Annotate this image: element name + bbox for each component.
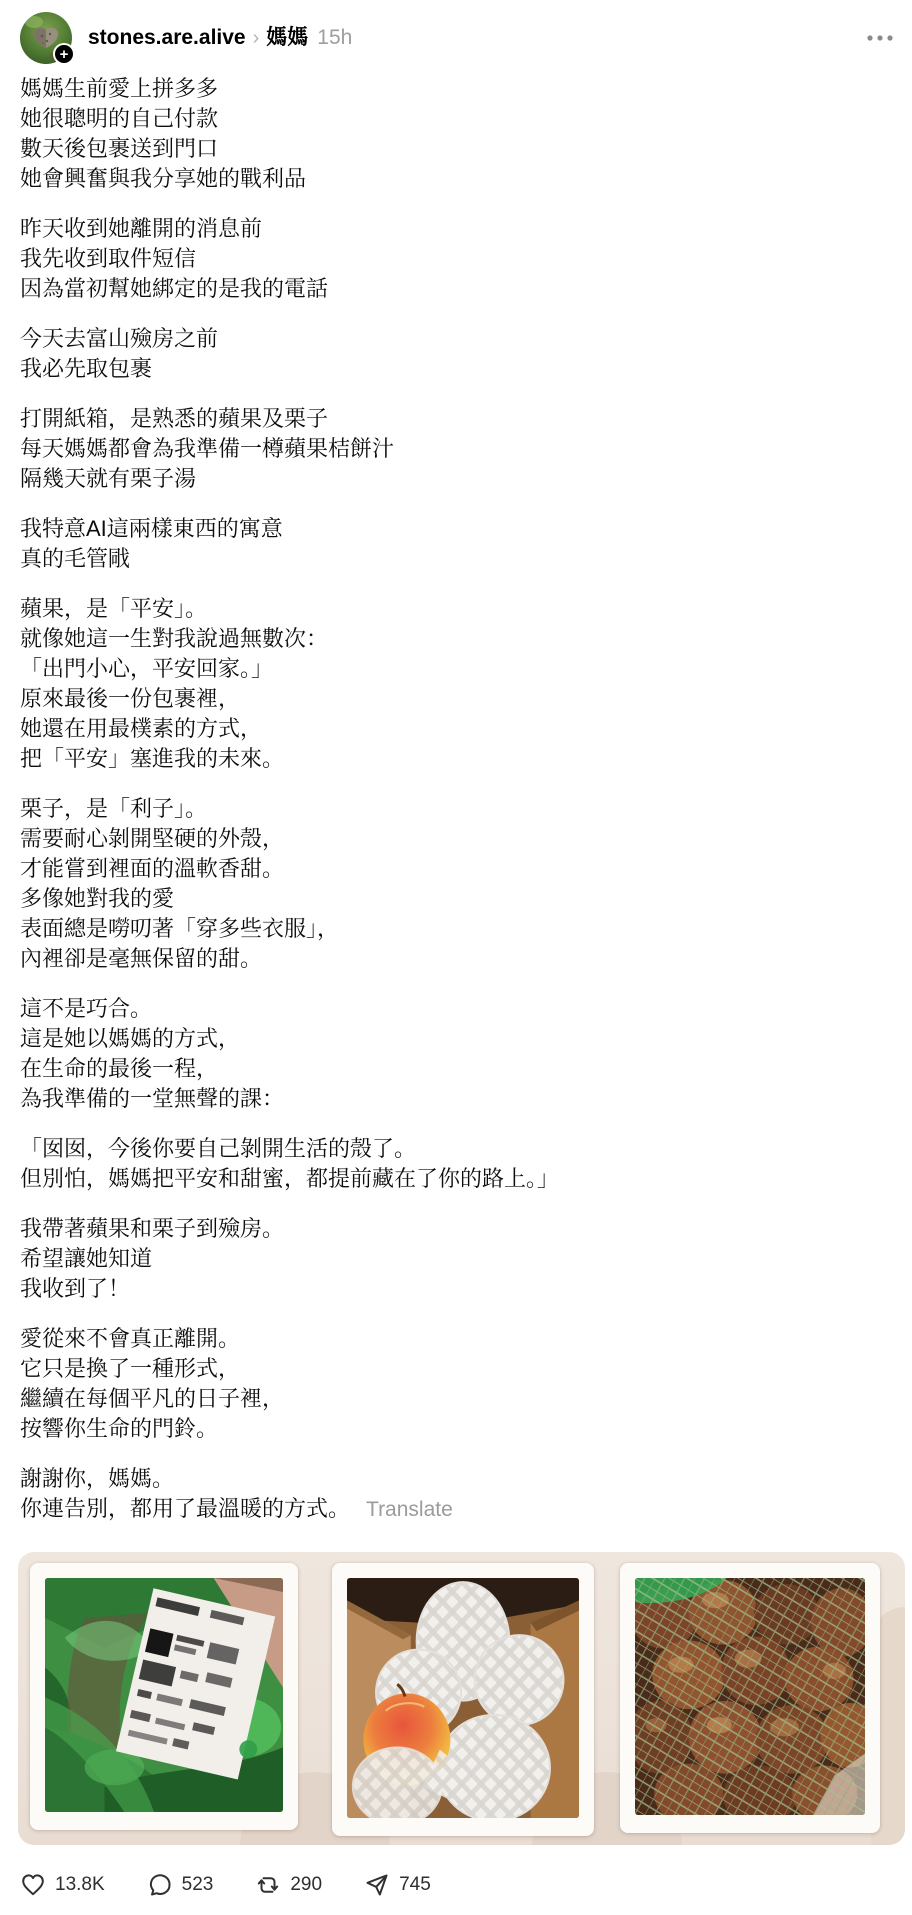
chevron-right-icon: ›	[246, 27, 267, 49]
post-line: 她很聰明的自己付款	[20, 104, 890, 134]
repost-count: 290	[290, 1874, 322, 1896]
post-line: 表面總是嘮叨著「穿多些衣服」，	[20, 914, 890, 944]
post-line: 需要耐心剝開堅硬的外殼，	[20, 824, 890, 854]
photo-card-2[interactable]	[332, 1563, 594, 1836]
post-paragraph: 媽媽生前愛上拼多多她很聰明的自己付款數天後包裹送到門口她會興奮與我分享她的戰利品	[20, 74, 890, 194]
post-line: 蘋果，是「平安」。	[20, 594, 890, 624]
photo-box-of-fruit[interactable]	[347, 1578, 579, 1818]
post-line: 我先收到取件短信	[20, 244, 890, 274]
post-line: 在生命的最後一程，	[20, 1054, 890, 1084]
follow-plus-badge[interactable]: +	[53, 43, 75, 65]
post-paragraph: 我帶著蘋果和栗子到殮房。希望讓她知道我收到了！	[20, 1214, 890, 1304]
post-text: 媽媽生前愛上拼多多她很聰明的自己付款數天後包裹送到門口她會興奮與我分享她的戰利品…	[20, 74, 890, 1545]
comment-count: 523	[182, 1874, 214, 1896]
photo-chestnuts[interactable]	[635, 1578, 865, 1815]
post-line: 就像她這一生對我說過無數次：	[20, 624, 890, 654]
post-line: 這不是巧合。	[20, 994, 890, 1024]
photo-green-package[interactable]	[45, 1578, 283, 1812]
post-paragraph: 蘋果，是「平安」。就像她這一生對我說過無數次：「出門小心，平安回家。」原來最後一…	[20, 594, 890, 774]
post-line: 謝謝你，媽媽。	[20, 1464, 890, 1494]
green-mesh-wrapped-package-with-shipping-label	[45, 1578, 283, 1812]
post-line: 它只是換了一種形式，	[20, 1354, 890, 1384]
post-line: 媽媽生前愛上拼多多	[20, 74, 890, 104]
like-count: 13.8K	[55, 1874, 105, 1896]
post-paragraph: 謝謝你，媽媽。你連告別，都用了最溫暖的方式。Translate	[20, 1464, 890, 1525]
post-line: 她還在用最樸素的方式，	[20, 714, 890, 744]
share-count: 745	[399, 1874, 431, 1896]
post-line: 繼續在每個平凡的日子裡，	[20, 1384, 890, 1414]
username[interactable]: stones.are.alive	[88, 26, 246, 49]
engagement-bar: 13.8K 523 290 745	[20, 1872, 431, 1898]
three-dots-icon	[866, 34, 894, 42]
post-line: 真的毛管戙	[20, 544, 890, 574]
post-line: 今天去富山殮房之前	[20, 324, 890, 354]
post-line: 「囡囡，今後你要自己剝開生活的殼了。	[20, 1134, 890, 1164]
post-line: 她會興奮與我分享她的戰利品	[20, 164, 890, 194]
post-line: 多像她對我的愛	[20, 884, 890, 914]
heart-icon	[20, 1872, 46, 1898]
post-paragraph: 今天去富山殮房之前我必先取包裹	[20, 324, 890, 384]
post-paragraph: 這不是巧合。這是她以媽媽的方式，在生命的最後一程，為我準備的一堂無聲的課：	[20, 994, 890, 1114]
post-header: + stones.are.alive›媽媽15h	[20, 10, 894, 68]
post-line: 我帶著蘋果和栗子到殮房。	[20, 1214, 890, 1244]
chestnuts-in-green-net-bag	[635, 1578, 865, 1815]
share-button[interactable]: 745	[364, 1872, 431, 1898]
translate-link[interactable]: Translate	[366, 1498, 453, 1521]
avatar[interactable]: +	[20, 12, 72, 64]
post-line: 才能嘗到裡面的溫軟香甜。	[20, 854, 890, 884]
more-options-button[interactable]	[864, 28, 894, 48]
comment-button[interactable]: 523	[147, 1872, 214, 1898]
topic-tag[interactable]: 媽媽	[266, 26, 308, 49]
post-paragraph: 愛從來不會真正離開。它只是換了一種形式，繼續在每個平凡的日子裡，按響你生命的門鈴…	[20, 1324, 890, 1444]
post-line: 我收到了！	[20, 1274, 890, 1304]
post-line: 希望讓她知道	[20, 1244, 890, 1274]
post-line: 昨天收到她離開的消息前	[20, 214, 890, 244]
post-line: 打開紙箱，是熟悉的蘋果及栗子	[20, 404, 890, 434]
timestamp: 15h	[317, 26, 352, 49]
repost-icon	[255, 1872, 281, 1898]
share-icon	[364, 1872, 390, 1898]
post-line: 把「平安」塞進我的未來。	[20, 744, 890, 774]
post-line: 原來最後一份包裹裡，	[20, 684, 890, 714]
post-line: 愛從來不會真正離開。	[20, 1324, 890, 1354]
post-line: 每天媽媽都會為我準備一樽蘋果桔餅汁	[20, 434, 890, 464]
post-paragraph: 昨天收到她離開的消息前我先收到取件短信因為當初幫她綁定的是我的電話	[20, 214, 890, 304]
post-paragraph: 打開紙箱，是熟悉的蘋果及栗子每天媽媽都會為我準備一樽蘋果桔餅汁隔幾天就有栗子湯	[20, 404, 890, 494]
comment-icon	[147, 1872, 173, 1898]
post-line: 隔幾天就有栗子湯	[20, 464, 890, 494]
post-line: 為我準備的一堂無聲的課：	[20, 1084, 890, 1114]
post-line: 栗子，是「利子」。	[20, 794, 890, 824]
media-carousel	[18, 1552, 905, 1845]
post-line: 我必先取包裹	[20, 354, 890, 384]
repost-button[interactable]: 290	[255, 1872, 322, 1898]
apples-in-foam-nets-inside-cardboard-box	[347, 1578, 579, 1818]
post-paragraph: 「囡囡，今後你要自己剝開生活的殼了。但別怕，媽媽把平安和甜蜜，都提前藏在了你的路…	[20, 1134, 890, 1194]
photo-card-1[interactable]	[30, 1563, 298, 1830]
post-line: 按響你生命的門鈴。	[20, 1414, 890, 1444]
post-line: 但別怕，媽媽把平安和甜蜜，都提前藏在了你的路上。」	[20, 1164, 890, 1194]
post-line: 因為當初幫她綁定的是我的電話	[20, 274, 890, 304]
post-line: 內裡卻是毫無保留的甜。	[20, 944, 890, 974]
photo-card-3[interactable]	[620, 1563, 880, 1833]
post-line: 數天後包裹送到門口	[20, 134, 890, 164]
post-paragraph: 我特意AI這兩樣東西的寓意真的毛管戙	[20, 514, 890, 574]
like-button[interactable]: 13.8K	[20, 1872, 105, 1898]
post-paragraph: 栗子，是「利子」。需要耐心剝開堅硬的外殼，才能嘗到裡面的溫軟香甜。多像她對我的愛…	[20, 794, 890, 974]
post-line: 我特意AI這兩樣東西的寓意	[20, 514, 890, 544]
post-line: 這是她以媽媽的方式，	[20, 1024, 890, 1054]
post-line: 「出門小心，平安回家。」	[20, 654, 890, 684]
post-line: 你連告別，都用了最溫暖的方式。Translate	[20, 1494, 890, 1525]
